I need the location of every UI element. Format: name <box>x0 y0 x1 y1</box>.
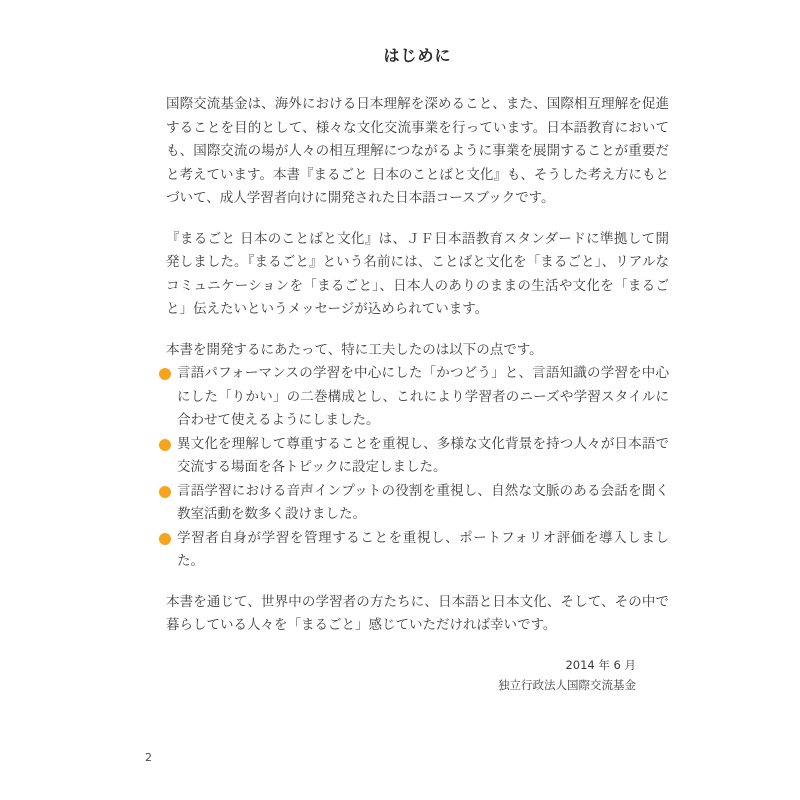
list-item-text: 異文化を理解して尊重することを重視し、多様な文化背景を持つ人々が日本語で交流する… <box>177 436 669 476</box>
paragraph-features-intro: 本書を開発するにあたって、特に工夫したのは以下の点です。 <box>166 339 669 363</box>
list-item: 学習者自身が学習を管理することを重視し、ポートフォリオ評価を導入しました。 <box>159 527 669 574</box>
list-item: 異文化を理解して尊重することを重視し、多様な文化背景を持つ人々が日本語で交流する… <box>159 433 669 480</box>
document-page: はじめに 国際交流基金は、海外における日本理解を深めること、また、国際相互理解を… <box>0 0 800 800</box>
page-title: はじめに <box>166 45 669 67</box>
preface-content: はじめに 国際交流基金は、海外における日本理解を深めること、また、国際相互理解を… <box>166 45 669 695</box>
bullet-circle-icon <box>159 486 171 498</box>
list-item-text: 言語学習における音声インプットの役割を重視し、自然な文脈のある会話を聞く教室活動… <box>177 483 669 523</box>
list-item-text: 学習者自身が学習を管理することを重視し、ポートフォリオ評価を導入しました。 <box>177 530 669 570</box>
list-item-text: 言語パフォーマンスの学習を中心にした「かつどう」と、言語知識の学習を中心にした「… <box>177 365 669 428</box>
paragraph-marugoto-name: 『まるごと 日本のことばと文化』は、ＪＦ日本語教育スタンダードに準拠して開発しま… <box>166 228 669 322</box>
list-item: 言語パフォーマンスの学習を中心にした「かつどう」と、言語知識の学習を中心にした「… <box>159 362 669 433</box>
list-item: 言語学習における音声インプットの役割を重視し、自然な文脈のある会話を聞く教室活動… <box>159 480 669 527</box>
bullet-circle-icon <box>159 533 171 545</box>
bullet-circle-icon <box>159 368 171 380</box>
bullet-circle-icon <box>159 439 171 451</box>
signoff-block: 2014 年 6 月 独立行政法人国際交流基金 <box>166 655 669 695</box>
feature-list: 言語パフォーマンスの学習を中心にした「かつどう」と、言語知識の学習を中心にした「… <box>159 362 669 574</box>
page-number: 2 <box>145 751 152 764</box>
paragraph-foundation-purpose: 国際交流基金は、海外における日本理解を深めること、また、国際相互理解を促進するこ… <box>166 93 669 211</box>
signoff-organization: 独立行政法人国際交流基金 <box>166 675 636 695</box>
signoff-date: 2014 年 6 月 <box>166 655 636 675</box>
paragraph-closing: 本書を通じて、世界中の学習者の方たちに、日本語と日本文化、そして、その中で暮らし… <box>166 591 669 638</box>
